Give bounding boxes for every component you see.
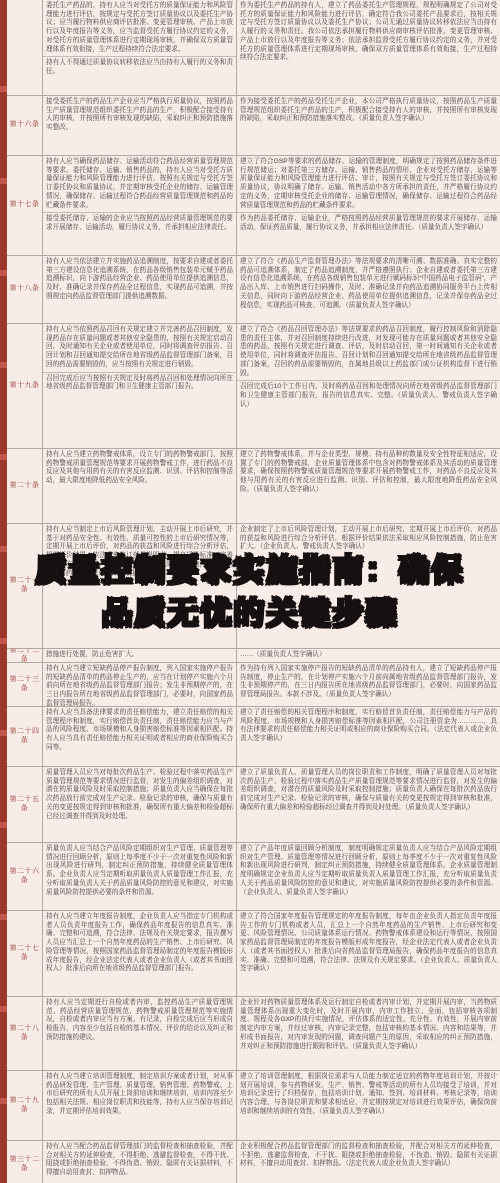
implementation-paragraph: 建立了产品年度质量回顾分析制度，制度明确规定质量负责人应当结合产品风险定期组织对… <box>237 843 500 899</box>
table-row: 第十六条接受委托生产的药品生产企业应当严格执行质量协议，按照药品生产质量管理规范… <box>7 96 500 156</box>
article-number-cell: 第二十九条 <box>7 1071 43 1140</box>
implementation-paragraph: 作为委托生产药品的持有人，建立了药品委托生产管理规程，规程明确规定了公司对受托方… <box>237 0 500 65</box>
table-row: 第二十三条持有人应当建立短缺药品停产报告制度，列入国家实施停产报告的短缺药品清单… <box>7 663 500 707</box>
regulation-cell: 持有人应当建立药物警戒体系，设立专门的药物警戒部门，按照药物警戒质量管理规范等要… <box>43 449 237 523</box>
implementation-paragraph: 建立了质量负责人、质量管理人员的岗位职责和工作制度，明确了质量管理人员对每批次药… <box>237 767 500 815</box>
implementation-paragraph: 建立了符合《药品召回管理办法》等法规要求的药品召回制度，履行控制风险和消除隐患的… <box>237 324 500 380</box>
article-number-cell: 第二十三条 <box>7 663 43 706</box>
regulation-cell: 持有人应当配合药品监督管理部门的监督检查和抽查检验，并配合对相关方的延伸检查，不… <box>43 1141 237 1183</box>
implementation-paragraph: 建立了符合《药品生产监督管理办法》等法规要求的清晰可溯、数据准确、真实完整的药品… <box>237 256 500 312</box>
implementation-cell: 建立了质量负责人、质量管理人员的岗位职责和工作制度，明确了质量管理人员对每批次药… <box>237 767 500 842</box>
implementation-cell: 作为接受委托生产的药品受托生产企业，本公司严格执行质量协议，按照药品生产质量管理… <box>237 96 500 155</box>
table-row: 第二十八条持有人应当定期进行自检或者内审，监控药品生产质量管理规范、药品经营质量… <box>7 997 500 1071</box>
table-row: 第二十四条持有人应当具备法律要求的责任赔偿能力，建立责任赔偿的相关管理程序和制度… <box>7 707 500 767</box>
article-number-cell: 第二十条 <box>7 449 43 523</box>
headline-line-1: 质量控制要求实施指南：确保 <box>0 549 500 592</box>
headline-line-2: 品质无忧的关键步骤 <box>0 592 500 635</box>
table-row: 委托生产药品的，持有人应当对受托方的质量保证能力和风险管理能力进行评估，按规定与… <box>7 0 500 96</box>
regulation-paragraph: 委托生产药品的，持有人应当对受托方的质量保证能力和风险管理能力进行评估，按规定与… <box>43 0 236 56</box>
implementation-cell: 建立了培训管理制度，根据岗位需求与人员能力制定适宜的药物年度培训计划，并按计划开… <box>237 1071 500 1140</box>
implementation-cell: 建立了责任赔偿的相关管理程序和制度，实行赔偿首负责任制，责任赔偿能力与产品的风险… <box>237 707 500 766</box>
regulation-paragraph: 持有人应当定期进行自检或者内审，监控药品生产质量管理规范、药品经营质量管理规范、… <box>43 997 236 1045</box>
regulation-paragraph: 质量管理人员应当对每批次药品生产、检验过程中落实药品生产质量管理规范等要求情况进… <box>43 767 236 823</box>
implementation-cell: 企业针对药物质量管理体系及运行制定自检或者内审计划，并定期开展内审，当药物质量管… <box>237 997 500 1070</box>
article-number-cell: 第十七条 <box>7 156 43 255</box>
table-row: 第三十二条持有人应当配合药品监督管理部门的监督检查和抽查检验，并配合对相关方的延… <box>7 1141 500 1183</box>
article-number-cell: 第三十二条 <box>7 1141 43 1183</box>
regulation-cell: 持有人应当依照药品召回有关规定建立并完善药品召回制度，发现药品存在质量问题或者其… <box>43 324 237 448</box>
table-row: 第十七条持有人应当确保药品储存、运输活动符合药品经营质量管理规范等要求。委托储存… <box>7 156 500 256</box>
regulation-paragraph: 持有人应当依法建立并实施药品追溯制度，按要求自建或者委托第三方建设信息化追溯系统… <box>43 256 236 304</box>
implementation-paragraph: 企业积极配合药品监督管理部门的监督检查和抽查检验，并配合对相关方的延伸检查，不拒… <box>237 1141 500 1171</box>
regulation-paragraph: 持有人不得通过质量协议转移依法应当由持有人履行的义务和责任。 <box>43 56 236 78</box>
implementation-paragraph: 建立了符合GSP等要求的药品储存、运输的管理制度，明确规定了按照药品储存条件进行… <box>237 156 500 212</box>
implementation-cell: ……（质量负责人签字确认） <box>237 649 500 662</box>
implementation-cell: 建立了符合国家年度报告管理规定的年度报告制度，每年由企业负责人指定负责年度报告工… <box>237 911 500 996</box>
implementation-paragraph: 作为药品委托储存、运输企业，严格按照药品经营质量管理规范的要求开展储存、运输活动… <box>237 212 500 234</box>
implementation-cell: 作为委托生产药品的持有人，建立了药品委托生产管理规程，规程明确规定了公司对受托方… <box>237 0 500 95</box>
implementation-paragraph: 企业针对药物质量管理体系及运行制定自检或者内审计划，并定期开展内审，当药物质量管… <box>237 997 500 1053</box>
table-row: 第二十二条措施进行处置，防止危害扩大。……（质量负责人签字确认） <box>7 649 500 663</box>
regulation-paragraph: 接受委托生产的药品生产企业应当严格执行质量协议，按照药品生产质量管理规范组织委托… <box>43 96 236 135</box>
regulation-cell: 接受委托生产的药品生产企业应当严格执行质量协议，按照药品生产质量管理规范组织委托… <box>43 96 237 155</box>
document-page: 委托生产药品的，持有人应当对受托方的质量保证能力和风险管理能力进行评估，按规定与… <box>0 0 500 1183</box>
regulation-paragraph: 持有人应当依照药品召回有关规定建立并完善药品召回制度，发现药品存在质量问题或者其… <box>43 324 236 372</box>
article-number-cell: 第二十二条 <box>7 649 43 662</box>
implementation-paragraph: 建立了培训管理制度，根据岗位需求与人员能力制定适宜的药物年度培训计划，并按计划开… <box>237 1071 500 1119</box>
regulation-paragraph: 持有人应当具备法律要求的责任赔偿能力，建立责任赔偿的相关管理程序和制度，实行赔偿… <box>43 707 236 755</box>
regulation-cell: 持有人应当建立培训管理制度，制定培训方案或者计划，对从事药品研发管理、生产管理、… <box>43 1071 237 1140</box>
article-number-cell: 第二十四条 <box>7 707 43 766</box>
article-number-cell: 第十八条 <box>7 256 43 323</box>
regulation-paragraph: 质量负责人应当结合产品风险定期组织对生产管理、质量管理等情况进行回顾分析，原则上… <box>43 843 236 899</box>
regulation-cell: 质量管理人员应当对每批次药品生产、检验过程中落实药品生产质量管理规范等要求情况进… <box>43 767 237 842</box>
article-number-cell: 第十六条 <box>7 96 43 155</box>
implementation-cell: 建立了符合GSP等要求的药品储存、运输的管理制度，明确规定了按照药品储存条件进行… <box>237 156 500 255</box>
article-number-cell: 第二十五条 <box>7 767 43 842</box>
implementation-paragraph: 召回完成后10个工作日内，及时将药品召回和处理情况向所在地省级药品监督管理部门和… <box>237 380 500 411</box>
regulation-cell: 持有人应当确保药品储存、运输活动符合药品经营质量管理规范等要求。委托储存、运输、… <box>43 156 237 255</box>
implementation-cell: 建立了药物警戒体系，并与企业类型、规模、持有品种的数量及安全性特征相适应，设置了… <box>237 449 500 523</box>
article-number-cell <box>7 0 43 95</box>
article-number-cell: 第二十七条 <box>7 911 43 996</box>
regulation-paragraph: 持有人应当建立短缺药品停产报告制度，列入国家实施停产报告的短缺药品清单的药品停止… <box>43 663 236 707</box>
regulation-paragraph: 召回完成后应当按照有关规定及时将药品召回和处理情况向所在地省级药品监督管理部门和… <box>43 372 236 394</box>
table-row: 第二十九条持有人应当建立培训管理制度，制定培训方案或者计划，对从事药品研发管理、… <box>7 1071 500 1141</box>
table-row: 第十八条持有人应当依法建立并实施药品追溯制度，按要求自建或者委托第三方建设信息化… <box>7 256 500 324</box>
table-row: 第二十五条质量管理人员应当对每批次药品生产、检验过程中落实药品生产质量管理规范等… <box>7 767 500 843</box>
article-number-cell: 第二十六条 <box>7 843 43 910</box>
table-row: 第二十条持有人应当建立药物警戒体系，设立专门的药物警戒部门，按照药物警戒质量管理… <box>7 449 500 524</box>
regulation-cell: 持有人应当具备法律要求的责任赔偿能力，建立责任赔偿的相关管理程序和制度，实行赔偿… <box>43 707 237 766</box>
table-row: 第二十六条质量负责人应当结合产品风险定期组织对生产管理、质量管理等情况进行回顾分… <box>7 843 500 911</box>
implementation-paragraph: 作为持有列入国家实施停产报告的短缺药品清单的药品持有人，建立了短缺药品停产报告制… <box>237 663 500 702</box>
implementation-paragraph: 建立了责任赔偿的相关管理程序和制度，实行赔偿首负责任制，责任赔偿能力与产品的风险… <box>237 707 500 746</box>
implementation-cell: 建立了符合《药品召回管理办法》等法规要求的药品召回制度，履行控制风险和消除隐患的… <box>237 324 500 448</box>
regulation-paragraph: 接受委托储存、运输的企业应当按照药品经营质量管理规范的要求开展储存、运输活动，履… <box>43 212 236 234</box>
regulation-cell: 持有人应当定期进行自检或者内审，监控药品生产质量管理规范、药品经营质量管理规范、… <box>43 997 237 1070</box>
regulation-paragraph: 持有人应当确保药品储存、运输活动符合药品经营质量管理规范等要求。委托储存、运输、… <box>43 156 236 212</box>
regulation-paragraph: 持有人应当建立培训管理制度，制定培训方案或者计划，对从事药品研发管理、生产管理、… <box>43 1071 236 1119</box>
table-row: 第十九条持有人应当依照药品召回有关规定建立并完善药品召回制度，发现药品存在质量问… <box>7 324 500 449</box>
regulation-cell: 委托生产药品的，持有人应当对受托方的质量保证能力和风险管理能力进行评估，按规定与… <box>43 0 237 95</box>
implementation-paragraph: ……（质量负责人签字确认） <box>237 649 500 662</box>
implementation-cell: 作为持有列入国家实施停产报告的短缺药品清单的药品持有人，建立了短缺药品停产报告制… <box>237 663 500 706</box>
regulation-cell: 持有人应当建立年度报告制度，企业负责人应当指定专门机构或者人员负责年度报告工作，… <box>43 911 237 996</box>
regulation-paragraph: 持有人应当建立年度报告制度，企业负责人应当指定专门机构或者人员负责年度报告工作，… <box>43 911 236 976</box>
implementation-paragraph: 建立了符合国家年度报告管理规定的年度报告制度，每年由企业负责人指定负责年度报告工… <box>237 911 500 976</box>
regulation-cell: 措施进行处置，防止危害扩大。 <box>43 649 237 662</box>
table-row: 第二十七条持有人应当建立年度报告制度，企业负责人应当指定专门机构或者人员负责年度… <box>7 911 500 997</box>
headline-overlay: 质量控制要求实施指南：确保 品质无忧的关键步骤 <box>0 549 500 635</box>
regulation-paragraph: 持有人应当建立药物警戒体系，设立专门的药物警戒部门，按照药物警戒质量管理规范等要… <box>43 449 236 488</box>
regulation-paragraph: 措施进行处置，防止危害扩大。 <box>43 649 236 662</box>
article-number-cell: 第十九条 <box>7 324 43 448</box>
regulation-cell: 质量负责人应当结合产品风险定期组织对生产管理、质量管理等情况进行回顾分析，原则上… <box>43 843 237 910</box>
article-number-cell: 第二十八条 <box>7 997 43 1070</box>
regulation-cell: 持有人应当依法建立并实施药品追溯制度，按要求自建或者委托第三方建设信息化追溯系统… <box>43 256 237 323</box>
implementation-cell: 建立了符合《药品生产监督管理办法》等法规要求的清晰可溯、数据准确、真实完整的药品… <box>237 256 500 323</box>
implementation-paragraph: 作为接受委托生产的药品受托生产企业，本公司严格执行质量协议，按照药品生产质量管理… <box>237 96 500 126</box>
regulation-cell: 持有人应当建立短缺药品停产报告制度，列入国家实施停产报告的短缺药品清单的药品停止… <box>43 663 237 706</box>
implementation-cell: 企业积极配合药品监督管理部门的监督检查和抽查检验，并配合对相关方的延伸检查，不拒… <box>237 1141 500 1183</box>
implementation-cell: 建立了产品年度质量回顾分析制度，制度明确规定质量负责人应当结合产品风险定期组织对… <box>237 843 500 910</box>
regulation-paragraph: 持有人应当配合药品监督管理部门的监督检查和抽查检验，并配合对相关方的延伸检查，不… <box>43 1141 236 1180</box>
implementation-paragraph: 建立了药物警戒体系，并与企业类型、规模、持有品种的数量及安全性特征相适应，设置了… <box>237 449 500 497</box>
